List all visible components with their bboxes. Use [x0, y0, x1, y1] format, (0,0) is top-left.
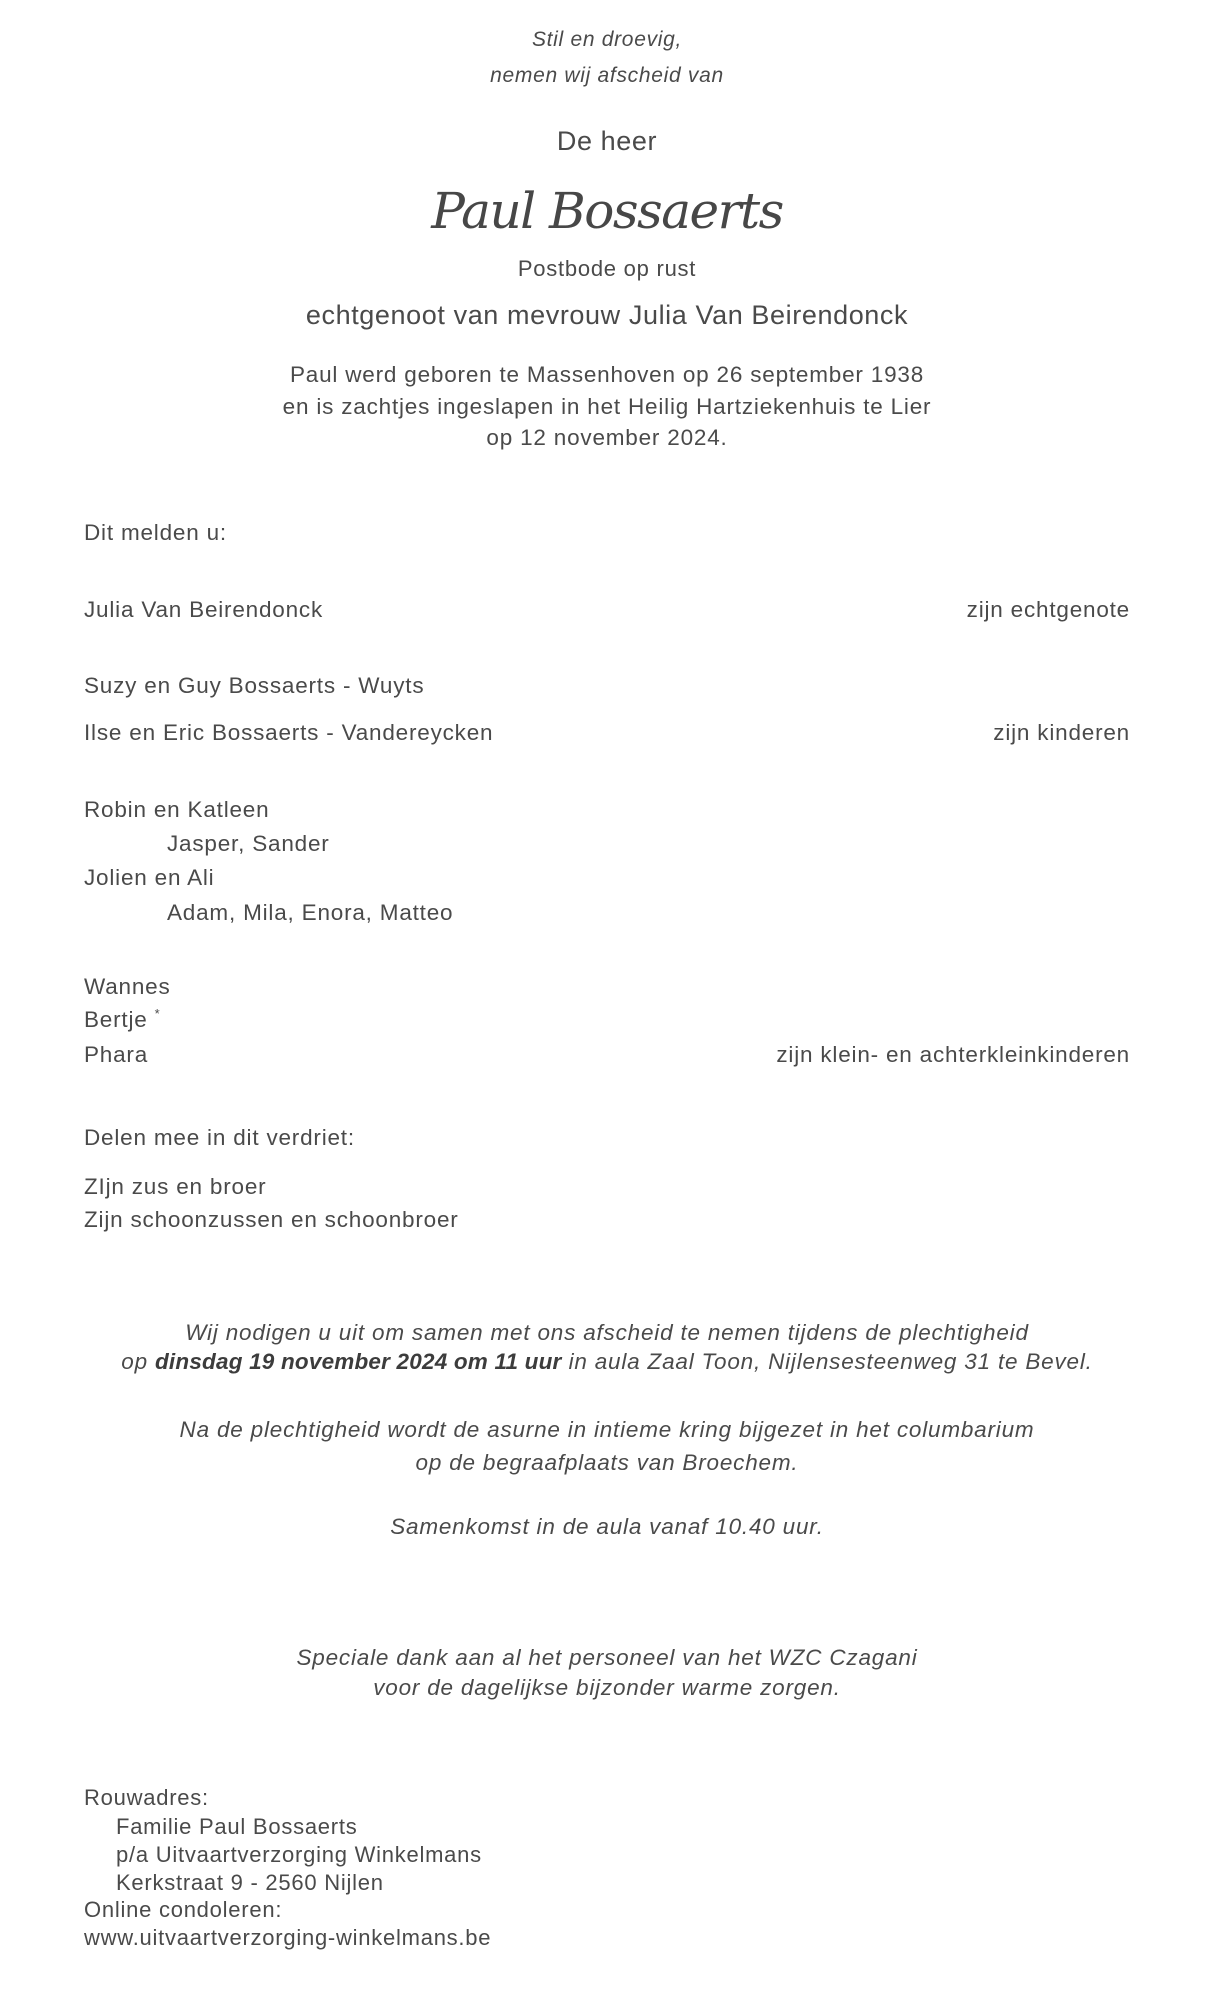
- grandchild-name-text: Phara: [84, 1042, 148, 1067]
- ceremony-datetime: dinsdag 19 november 2024 om 11 uur: [155, 1349, 562, 1374]
- deceased-asterisk-icon: *: [155, 1006, 161, 1021]
- grandchild-name: Bertje *: [84, 1009, 161, 1032]
- gathering-line: Samenkomst in de aula vanaf 10.40 uur.: [0, 1516, 1214, 1539]
- spouse-name: Julia Van Beirendonck: [84, 599, 323, 622]
- child-name: Suzy en Guy Bossaerts - Wuyts: [84, 675, 424, 698]
- burial-line-1: Na de plechtigheid wordt de asurne in in…: [0, 1419, 1214, 1442]
- thanks-line-1: Speciale dank aan al het personeel van h…: [0, 1647, 1214, 1670]
- grandchildren-relation: zijn klein- en achterkleinkinderen: [776, 1044, 1130, 1067]
- address-label: Rouwadres:: [84, 1787, 209, 1809]
- sharing-intro: Delen mee in dit verdriet:: [84, 1127, 355, 1150]
- address-line: Familie Paul Bossaerts: [116, 1816, 357, 1838]
- sharing-line: ZIjn zus en broer: [84, 1176, 266, 1199]
- grandchild-name: Phara: [84, 1044, 148, 1067]
- children-relation: zijn kinderen: [993, 722, 1130, 745]
- grandchild-name: Robin en Katleen: [84, 799, 269, 822]
- sharing-line: Zijn schoonzussen en schoonbroer: [84, 1209, 459, 1232]
- grandchild-name: Jolien en Ali: [84, 867, 214, 890]
- invite-line-2: op dinsdag 19 november 2024 om 11 uur in…: [0, 1351, 1214, 1374]
- occupation: Postbode op rust: [0, 258, 1214, 280]
- grandchild-name: Wannes: [84, 976, 171, 999]
- intro-line-1: Stil en droevig,: [0, 29, 1214, 50]
- child-name: Ilse en Eric Bossaerts - Vandereycken: [84, 722, 493, 745]
- bio-line: Paul werd geboren te Massenhoven op 26 s…: [0, 364, 1214, 387]
- thanks-line-2: voor de dagelijkse bijzonder warme zorge…: [0, 1677, 1214, 1700]
- family-intro: Dit melden u:: [84, 522, 227, 545]
- intro-line-2: nemen wij afscheid van: [0, 65, 1214, 86]
- spouse-relation: zijn echtgenote: [967, 599, 1130, 622]
- deceased-name: Paul Bossaerts: [0, 186, 1214, 236]
- spouse-line: echtgenoot van mevrouw Julia Van Beirend…: [0, 302, 1214, 329]
- salutation: De heer: [0, 128, 1214, 155]
- address-line: p/a Uitvaartverzorging Winkelmans: [116, 1844, 482, 1866]
- address-line: Kerkstraat 9 - 2560 Nijlen: [116, 1872, 384, 1894]
- invite-prefix: op: [121, 1349, 148, 1374]
- bio-line: en is zachtjes ingeslapen in het Heilig …: [0, 396, 1214, 419]
- great-grandchildren-names: Jasper, Sander: [167, 833, 330, 856]
- online-condolence-label: Online condoleren:: [84, 1899, 282, 1921]
- website-link[interactable]: www.uitvaartverzorging-winkelmans.be: [84, 1927, 491, 1949]
- bio-line: op 12 november 2024.: [0, 427, 1214, 450]
- invite-suffix: in aula Zaal Toon, Nijlensesteenweg 31 t…: [569, 1349, 1093, 1374]
- invite-line-1: Wij nodigen u uit om samen met ons afsch…: [0, 1322, 1214, 1345]
- grandchild-name-text: Bertje: [84, 1007, 148, 1032]
- great-grandchildren-names: Adam, Mila, Enora, Matteo: [167, 902, 453, 925]
- burial-line-2: op de begraafplaats van Broechem.: [0, 1452, 1214, 1475]
- grandchild-name-text: Wannes: [84, 974, 171, 999]
